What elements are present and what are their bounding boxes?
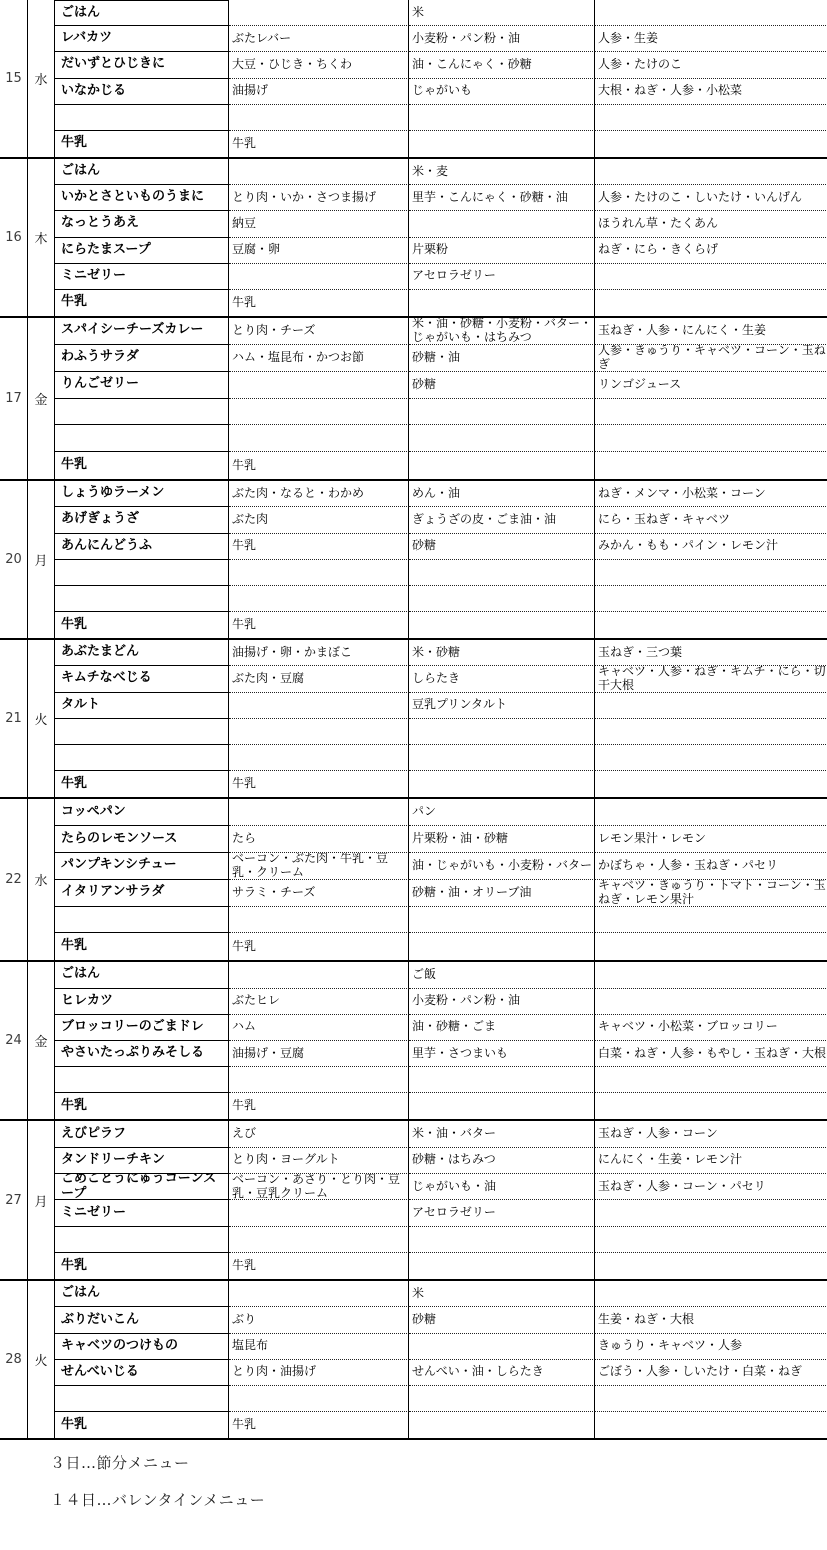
vegetable-ingredients-cell: 玉ねぎ・人参・コーン・パセリ: [595, 1174, 827, 1200]
protein-ingredients-cell: 油揚げ: [229, 79, 409, 105]
protein-ingredients-cell: [229, 1227, 409, 1253]
date-cell: 24: [0, 962, 28, 1119]
protein-ingredients-cell: 牛乳: [229, 1093, 409, 1119]
protein-ingredients-cell: 牛乳: [229, 1412, 409, 1438]
vegetable-ingredients-cell: [595, 105, 827, 131]
protein-ingredients-cell: [229, 399, 409, 426]
dish-name-cell: スパイシーチーズカレー: [55, 318, 229, 345]
vegetable-ingredients-cell: ねぎ・メンマ・小松菜・コーン: [595, 481, 827, 507]
vegetable-ingredients-cell: 人参・きゅうり・キャベツ・コーン・玉ねぎ: [595, 345, 827, 372]
protein-ingredients-cell: とり肉・チーズ: [229, 318, 409, 345]
vegetable-ingredients-cell: 大根・ねぎ・人参・小松菜: [595, 79, 827, 105]
day-block: 28火ごはん米ぶりだいこんぶり砂糖生姜・ねぎ・大根キャベツのつけもの塩昆布きゅう…: [0, 1281, 827, 1440]
protein-ingredients-cell: 塩昆布: [229, 1334, 409, 1360]
energy-ingredients-cell: [409, 586, 595, 612]
menu-row: [55, 1067, 827, 1093]
menu-row: えびピラフえび米・油・バター玉ねぎ・人参・コーン: [55, 1121, 827, 1147]
day-rows: スパイシーチーズカレーとり肉・チーズ米・油・砂糖・小麦粉・バター・じゃがいも・は…: [55, 318, 827, 479]
menu-row: タルト豆乳プリンタルト: [55, 693, 827, 719]
energy-ingredients-cell: 砂糖・油・オリーブ油: [409, 880, 595, 907]
dish-name-cell: あんにんどうふ: [55, 534, 229, 560]
menu-row: [55, 105, 827, 131]
date-cell: 16: [0, 159, 28, 316]
vegetable-ingredients-cell: 玉ねぎ・人参・コーン: [595, 1121, 827, 1147]
dish-name-cell: 牛乳: [55, 933, 229, 960]
menu-row: タンドリーチキンとり肉・ヨーグルト砂糖・はちみつにんにく・生姜・レモン汁: [55, 1148, 827, 1174]
energy-ingredients-cell: じゃがいも: [409, 79, 595, 105]
dish-name-cell: ミニゼリー: [55, 264, 229, 290]
note-setsubun: ３日…節分メニュー: [50, 1453, 827, 1473]
menu-row: いかとさといものうまにとり肉・いか・さつま揚げ里芋・こんにゃく・砂糖・油人参・た…: [55, 185, 827, 211]
energy-ingredients-cell: 豆乳プリンタルト: [409, 693, 595, 719]
protein-ingredients-cell: ぶり: [229, 1307, 409, 1333]
dish-name-cell: ごはん: [55, 0, 229, 26]
protein-ingredients-cell: [229, 560, 409, 586]
day-rows: コッペパンパンたらのレモンソースたら片栗粉・油・砂糖レモン果汁・レモンパンプキン…: [55, 799, 827, 960]
menu-row: スパイシーチーズカレーとり肉・チーズ米・油・砂糖・小麦粉・バター・じゃがいも・は…: [55, 318, 827, 345]
dish-name-cell: [55, 1386, 229, 1412]
vegetable-ingredients-cell: ごぼう・人参・しいたけ・白菜・ねぎ: [595, 1360, 827, 1386]
day-block: 24金ごはんご飯ヒレカツぶたヒレ小麦粉・パン粉・油ブロッコリーのごまドレハム油・…: [0, 962, 827, 1121]
dish-name-cell: いかとさといものうまに: [55, 185, 229, 211]
day-block: 20月しょうゆラーメンぶた肉・なると・わかめめん・油ねぎ・メンマ・小松菜・コーン…: [0, 481, 827, 640]
vegetable-ingredients-cell: [595, 799, 827, 826]
energy-ingredients-cell: 砂糖: [409, 534, 595, 560]
note-valentine: １４日…バレンタインメニュー: [50, 1490, 827, 1510]
protein-ingredients-cell: 油揚げ・豆腐: [229, 1041, 409, 1067]
menu-row: イタリアンサラダサラミ・チーズ砂糖・油・オリーブ油キャベツ・きゅうり・トマト・コ…: [55, 880, 827, 907]
protein-ingredients-cell: [229, 907, 409, 934]
dish-name-cell: 牛乳: [55, 290, 229, 316]
energy-ingredients-cell: めん・油: [409, 481, 595, 507]
day-block: 22水コッペパンパンたらのレモンソースたら片栗粉・油・砂糖レモン果汁・レモンパン…: [0, 799, 827, 962]
day-block: 15水ごはん米レバカツぶたレバー小麦粉・パン粉・油人参・生姜だいずとひじきに大豆…: [0, 0, 827, 159]
menu-row: [55, 399, 827, 426]
energy-ingredients-cell: 油・砂糖・ごま: [409, 1015, 595, 1041]
menu-row: キャベツのつけもの塩昆布きゅうり・キャベツ・人参: [55, 1334, 827, 1360]
vegetable-ingredients-cell: [595, 425, 827, 452]
energy-ingredients-cell: [409, 560, 595, 586]
weekday-cell: 金: [28, 318, 55, 479]
vegetable-ingredients-cell: [595, 1253, 827, 1279]
vegetable-ingredients-cell: キャベツ・きゅうり・トマト・コーン・玉ねぎ・レモン果汁: [595, 880, 827, 907]
protein-ingredients-cell: ハム: [229, 1015, 409, 1041]
date-cell: 21: [0, 640, 28, 797]
energy-ingredients-cell: 米・油・バター: [409, 1121, 595, 1147]
dish-name-cell: [55, 425, 229, 452]
vegetable-ingredients-cell: レモン果汁・レモン: [595, 826, 827, 853]
energy-ingredients-cell: [409, 399, 595, 426]
menu-row: 牛乳牛乳: [55, 1253, 827, 1279]
dish-name-cell: [55, 105, 229, 131]
energy-ingredients-cell: 米・砂糖: [409, 640, 595, 666]
protein-ingredients-cell: [229, 264, 409, 290]
protein-ingredients-cell: [229, 1067, 409, 1093]
menu-row: パンプキンシチューベーコン・ぶた肉・牛乳・豆乳・クリーム油・じゃがいも・小麦粉・…: [55, 853, 827, 880]
dish-name-cell: ブロッコリーのごまドレ: [55, 1015, 229, 1041]
weekday-cell: 金: [28, 962, 55, 1119]
dish-name-cell: [55, 560, 229, 586]
dish-name-cell: いなかじる: [55, 79, 229, 105]
notes-section: ３日…節分メニュー １４日…バレンタインメニュー: [50, 1453, 827, 1510]
menu-row: あんにんどうふ牛乳砂糖みかん・もも・パイン・レモン汁: [55, 534, 827, 560]
day-rows: ごはん米ぶりだいこんぶり砂糖生姜・ねぎ・大根キャベツのつけもの塩昆布きゅうり・キ…: [55, 1281, 827, 1438]
protein-ingredients-cell: [229, 1386, 409, 1412]
energy-ingredients-cell: 小麦粉・パン粉・油: [409, 989, 595, 1015]
menu-row: 牛乳牛乳: [55, 1412, 827, 1438]
energy-ingredients-cell: [409, 1093, 595, 1119]
dish-name-cell: キャベツのつけもの: [55, 1334, 229, 1360]
energy-ingredients-cell: [409, 1067, 595, 1093]
dish-name-cell: わふうサラダ: [55, 345, 229, 372]
energy-ingredients-cell: [409, 105, 595, 131]
menu-row: だいずとひじきに大豆・ひじき・ちくわ油・こんにゃく・砂糖人参・たけのこ: [55, 52, 827, 78]
protein-ingredients-cell: [229, 693, 409, 719]
protein-ingredients-cell: たら: [229, 826, 409, 853]
dish-name-cell: [55, 745, 229, 771]
protein-ingredients-cell: とり肉・油揚げ: [229, 1360, 409, 1386]
menu-row: [55, 425, 827, 452]
menu-row: いなかじる油揚げじゃがいも大根・ねぎ・人参・小松菜: [55, 79, 827, 105]
protein-ingredients-cell: 牛乳: [229, 452, 409, 479]
menu-row: ごはん米: [55, 1281, 827, 1307]
vegetable-ingredients-cell: [595, 290, 827, 316]
protein-ingredients-cell: 牛乳: [229, 131, 409, 157]
energy-ingredients-cell: 米・油・砂糖・小麦粉・バター・じゃがいも・はちみつ: [409, 318, 595, 345]
protein-ingredients-cell: 納豆: [229, 211, 409, 237]
date-cell: 17: [0, 318, 28, 479]
dish-name-cell: りんごゼリー: [55, 372, 229, 399]
vegetable-ingredients-cell: リンゴジュース: [595, 372, 827, 399]
dish-name-cell: 牛乳: [55, 1253, 229, 1279]
dish-name-cell: ミニゼリー: [55, 1200, 229, 1226]
energy-ingredients-cell: [409, 933, 595, 960]
menu-row: ごはんご飯: [55, 962, 827, 988]
protein-ingredients-cell: 牛乳: [229, 612, 409, 638]
menu-row: ぶりだいこんぶり砂糖生姜・ねぎ・大根: [55, 1307, 827, 1333]
protein-ingredients-cell: ぶたヒレ: [229, 989, 409, 1015]
menu-row: 牛乳牛乳: [55, 452, 827, 479]
day-block: 27月えびピラフえび米・油・バター玉ねぎ・人参・コーンタンドリーチキンとり肉・ヨ…: [0, 1121, 827, 1281]
dish-name-cell: やさいたっぷりみそしる: [55, 1041, 229, 1067]
dish-name-cell: なっとうあえ: [55, 211, 229, 237]
protein-ingredients-cell: [229, 105, 409, 131]
date-cell: 27: [0, 1121, 28, 1279]
dish-name-cell: だいずとひじきに: [55, 52, 229, 78]
energy-ingredients-cell: 米: [409, 0, 595, 26]
dish-name-cell: パンプキンシチュー: [55, 853, 229, 880]
menu-row: なっとうあえ納豆ほうれん草・たくあん: [55, 211, 827, 237]
dish-name-cell: ごはん: [55, 159, 229, 185]
protein-ingredients-cell: ぶたレバー: [229, 26, 409, 52]
menu-row: [55, 907, 827, 934]
vegetable-ingredients-cell: きゅうり・キャベツ・人参: [595, 1334, 827, 1360]
vegetable-ingredients-cell: [595, 693, 827, 719]
energy-ingredients-cell: 砂糖・はちみつ: [409, 1148, 595, 1174]
date-cell: 20: [0, 481, 28, 638]
protein-ingredients-cell: [229, 159, 409, 185]
dish-name-cell: 牛乳: [55, 612, 229, 638]
menu-row: ごはん米: [55, 0, 827, 26]
day-rows: しょうゆラーメンぶた肉・なると・わかめめん・油ねぎ・メンマ・小松菜・コーンあげぎ…: [55, 481, 827, 638]
day-rows: ごはん米レバカツぶたレバー小麦粉・パン粉・油人参・生姜だいずとひじきに大豆・ひじ…: [55, 0, 827, 157]
protein-ingredients-cell: サラミ・チーズ: [229, 880, 409, 907]
menu-row: 牛乳牛乳: [55, 771, 827, 797]
weekday-cell: 火: [28, 1281, 55, 1438]
energy-ingredients-cell: 里芋・さつまいも: [409, 1041, 595, 1067]
date-cell: 15: [0, 0, 28, 157]
protein-ingredients-cell: [229, 799, 409, 826]
weekday-cell: 木: [28, 159, 55, 316]
menu-row: あぶたまどん油揚げ・卵・かまぼこ米・砂糖玉ねぎ・三つ葉: [55, 640, 827, 666]
menu-row: 牛乳牛乳: [55, 290, 827, 316]
menu-row: こめことうにゅうコーンスープベーコン・あさり・とり肉・豆乳・豆乳クリームじゃがい…: [55, 1174, 827, 1200]
protein-ingredients-cell: ぶた肉・なると・わかめ: [229, 481, 409, 507]
vegetable-ingredients-cell: [595, 1200, 827, 1226]
dish-name-cell: ヒレカツ: [55, 989, 229, 1015]
dish-name-cell: こめことうにゅうコーンスープ: [55, 1174, 229, 1200]
vegetable-ingredients-cell: [595, 719, 827, 745]
protein-ingredients-cell: ハム・塩昆布・かつお節: [229, 345, 409, 372]
day-rows: ごはんご飯ヒレカツぶたヒレ小麦粉・パン粉・油ブロッコリーのごまドレハム油・砂糖・…: [55, 962, 827, 1119]
dish-name-cell: タルト: [55, 693, 229, 719]
dish-name-cell: ごはん: [55, 1281, 229, 1307]
protein-ingredients-cell: [229, 0, 409, 26]
vegetable-ingredients-cell: ねぎ・にら・きくらげ: [595, 238, 827, 264]
vegetable-ingredients-cell: [595, 131, 827, 157]
energy-ingredients-cell: パン: [409, 799, 595, 826]
menu-row: ミニゼリーアセロラゼリー: [55, 1200, 827, 1226]
energy-ingredients-cell: [409, 612, 595, 638]
dish-name-cell: [55, 399, 229, 426]
protein-ingredients-cell: とり肉・いか・さつま揚げ: [229, 185, 409, 211]
energy-ingredients-cell: [409, 452, 595, 479]
energy-ingredients-cell: 片栗粉・油・砂糖: [409, 826, 595, 853]
menu-row: [55, 586, 827, 612]
vegetable-ingredients-cell: [595, 159, 827, 185]
energy-ingredients-cell: [409, 131, 595, 157]
protein-ingredients-cell: 牛乳: [229, 534, 409, 560]
menu-row: ごはん米・麦: [55, 159, 827, 185]
protein-ingredients-cell: えび: [229, 1121, 409, 1147]
menu-row: [55, 560, 827, 586]
dish-name-cell: コッペパン: [55, 799, 229, 826]
weekday-cell: 火: [28, 640, 55, 797]
energy-ingredients-cell: 砂糖: [409, 372, 595, 399]
dish-name-cell: [55, 719, 229, 745]
menu-row: キムチなべじるぶた肉・豆腐しらたきキャベツ・人参・ねぎ・キムチ・にら・切干大根: [55, 666, 827, 692]
menu-row: たらのレモンソースたら片栗粉・油・砂糖レモン果汁・レモン: [55, 826, 827, 853]
vegetable-ingredients-cell: [595, 560, 827, 586]
vegetable-ingredients-cell: [595, 907, 827, 934]
menu-row: わふうサラダハム・塩昆布・かつお節砂糖・油人参・きゅうり・キャベツ・コーン・玉ね…: [55, 345, 827, 372]
energy-ingredients-cell: [409, 907, 595, 934]
vegetable-ingredients-cell: [595, 1386, 827, 1412]
vegetable-ingredients-cell: [595, 962, 827, 988]
dish-name-cell: 牛乳: [55, 131, 229, 157]
menu-row: やさいたっぷりみそしる油揚げ・豆腐里芋・さつまいも白菜・ねぎ・人参・もやし・玉ね…: [55, 1041, 827, 1067]
energy-ingredients-cell: [409, 1334, 595, 1360]
energy-ingredients-cell: せんべい・油・しらたき: [409, 1360, 595, 1386]
menu-row: あげぎょうざぶた肉ぎょうざの皮・ごま油・油にら・玉ねぎ・キャベツ: [55, 507, 827, 533]
protein-ingredients-cell: ベーコン・ぶた肉・牛乳・豆乳・クリーム: [229, 853, 409, 880]
menu-row: りんごゼリー砂糖リンゴジュース: [55, 372, 827, 399]
dish-name-cell: にらたまスープ: [55, 238, 229, 264]
energy-ingredients-cell: [409, 1227, 595, 1253]
vegetable-ingredients-cell: キャベツ・小松菜・ブロッコリー: [595, 1015, 827, 1041]
energy-ingredients-cell: 里芋・こんにゃく・砂糖・油: [409, 185, 595, 211]
menu-row: レバカツぶたレバー小麦粉・パン粉・油人参・生姜: [55, 26, 827, 52]
dish-name-cell: イタリアンサラダ: [55, 880, 229, 907]
vegetable-ingredients-cell: [595, 989, 827, 1015]
energy-ingredients-cell: [409, 211, 595, 237]
school-lunch-menu-page: 15水ごはん米レバカツぶたレバー小麦粉・パン粉・油人参・生姜だいずとひじきに大豆…: [0, 0, 827, 1550]
menu-row: にらたまスープ豆腐・卵片栗粉ねぎ・にら・きくらげ: [55, 238, 827, 264]
vegetable-ingredients-cell: [595, 1281, 827, 1307]
energy-ingredients-cell: 米・麦: [409, 159, 595, 185]
protein-ingredients-cell: [229, 586, 409, 612]
vegetable-ingredients-cell: [595, 1093, 827, 1119]
vegetable-ingredients-cell: にら・玉ねぎ・キャベツ: [595, 507, 827, 533]
dish-name-cell: 牛乳: [55, 771, 229, 797]
day-block: 21火あぶたまどん油揚げ・卵・かまぼこ米・砂糖玉ねぎ・三つ葉キムチなべじるぶた肉…: [0, 640, 827, 799]
dish-name-cell: [55, 586, 229, 612]
weekday-cell: 月: [28, 481, 55, 638]
energy-ingredients-cell: 片栗粉: [409, 238, 595, 264]
weekday-cell: 水: [28, 799, 55, 960]
dish-name-cell: ぶりだいこん: [55, 1307, 229, 1333]
dish-name-cell: 牛乳: [55, 1093, 229, 1119]
dish-name-cell: タンドリーチキン: [55, 1148, 229, 1174]
menu-row: しょうゆラーメンぶた肉・なると・わかめめん・油ねぎ・メンマ・小松菜・コーン: [55, 481, 827, 507]
menu-row: せんべいじるとり肉・油揚げせんべい・油・しらたきごぼう・人参・しいたけ・白菜・ね…: [55, 1360, 827, 1386]
protein-ingredients-cell: 油揚げ・卵・かまぼこ: [229, 640, 409, 666]
energy-ingredients-cell: 油・こんにゃく・砂糖: [409, 52, 595, 78]
vegetable-ingredients-cell: [595, 264, 827, 290]
menu-row: [55, 719, 827, 745]
menu-row: 牛乳牛乳: [55, 612, 827, 638]
energy-ingredients-cell: アセロラゼリー: [409, 264, 595, 290]
protein-ingredients-cell: [229, 1200, 409, 1226]
date-cell: 28: [0, 1281, 28, 1438]
vegetable-ingredients-cell: [595, 745, 827, 771]
protein-ingredients-cell: [229, 745, 409, 771]
vegetable-ingredients-cell: 人参・たけのこ: [595, 52, 827, 78]
vegetable-ingredients-cell: [595, 1227, 827, 1253]
dish-name-cell: あげぎょうざ: [55, 507, 229, 533]
dish-name-cell: えびピラフ: [55, 1121, 229, 1147]
vegetable-ingredients-cell: 玉ねぎ・三つ葉: [595, 640, 827, 666]
vegetable-ingredients-cell: [595, 399, 827, 426]
energy-ingredients-cell: 油・じゃがいも・小麦粉・バター: [409, 853, 595, 880]
protein-ingredients-cell: とり肉・ヨーグルト: [229, 1148, 409, 1174]
vegetable-ingredients-cell: [595, 0, 827, 26]
energy-ingredients-cell: アセロラゼリー: [409, 1200, 595, 1226]
menu-row: 牛乳牛乳: [55, 1093, 827, 1119]
menu-row: ミニゼリーアセロラゼリー: [55, 264, 827, 290]
energy-ingredients-cell: しらたき: [409, 666, 595, 692]
dish-name-cell: キムチなべじる: [55, 666, 229, 692]
dish-name-cell: あぶたまどん: [55, 640, 229, 666]
dish-name-cell: しょうゆラーメン: [55, 481, 229, 507]
day-rows: ごはん米・麦いかとさといものうまにとり肉・いか・さつま揚げ里芋・こんにゃく・砂糖…: [55, 159, 827, 316]
protein-ingredients-cell: ベーコン・あさり・とり肉・豆乳・豆乳クリーム: [229, 1174, 409, 1200]
menu-row: コッペパンパン: [55, 799, 827, 826]
weekday-cell: 水: [28, 0, 55, 157]
energy-ingredients-cell: [409, 425, 595, 452]
menu-table: 15水ごはん米レバカツぶたレバー小麦粉・パン粉・油人参・生姜だいずとひじきに大豆…: [0, 0, 827, 1440]
protein-ingredients-cell: ぶた肉・豆腐: [229, 666, 409, 692]
protein-ingredients-cell: [229, 372, 409, 399]
protein-ingredients-cell: ぶた肉: [229, 507, 409, 533]
day-block: 16木ごはん米・麦いかとさといものうまにとり肉・いか・さつま揚げ里芋・こんにゃく…: [0, 159, 827, 318]
dish-name-cell: [55, 907, 229, 934]
day-block: 17金スパイシーチーズカレーとり肉・チーズ米・油・砂糖・小麦粉・バター・じゃがい…: [0, 318, 827, 481]
day-rows: あぶたまどん油揚げ・卵・かまぼこ米・砂糖玉ねぎ・三つ葉キムチなべじるぶた肉・豆腐…: [55, 640, 827, 797]
menu-row: ヒレカツぶたヒレ小麦粉・パン粉・油: [55, 989, 827, 1015]
energy-ingredients-cell: [409, 771, 595, 797]
protein-ingredients-cell: [229, 425, 409, 452]
energy-ingredients-cell: [409, 719, 595, 745]
vegetable-ingredients-cell: [595, 612, 827, 638]
dish-name-cell: レバカツ: [55, 26, 229, 52]
protein-ingredients-cell: 牛乳: [229, 933, 409, 960]
protein-ingredients-cell: 大豆・ひじき・ちくわ: [229, 52, 409, 78]
energy-ingredients-cell: ぎょうざの皮・ごま油・油: [409, 507, 595, 533]
menu-row: 牛乳牛乳: [55, 131, 827, 157]
dish-name-cell: [55, 1067, 229, 1093]
dish-name-cell: 牛乳: [55, 452, 229, 479]
protein-ingredients-cell: [229, 719, 409, 745]
vegetable-ingredients-cell: かぼちゃ・人参・玉ねぎ・パセリ: [595, 853, 827, 880]
energy-ingredients-cell: 砂糖: [409, 1307, 595, 1333]
vegetable-ingredients-cell: 人参・生姜: [595, 26, 827, 52]
protein-ingredients-cell: 牛乳: [229, 771, 409, 797]
vegetable-ingredients-cell: [595, 933, 827, 960]
vegetable-ingredients-cell: キャベツ・人参・ねぎ・キムチ・にら・切干大根: [595, 666, 827, 692]
energy-ingredients-cell: 米: [409, 1281, 595, 1307]
energy-ingredients-cell: [409, 745, 595, 771]
energy-ingredients-cell: [409, 1253, 595, 1279]
day-rows: えびピラフえび米・油・バター玉ねぎ・人参・コーンタンドリーチキンとり肉・ヨーグル…: [55, 1121, 827, 1279]
menu-row: 牛乳牛乳: [55, 933, 827, 960]
vegetable-ingredients-cell: [595, 586, 827, 612]
vegetable-ingredients-cell: 人参・たけのこ・しいたけ・いんげん: [595, 185, 827, 211]
menu-row: [55, 1227, 827, 1253]
dish-name-cell: せんべいじる: [55, 1360, 229, 1386]
energy-ingredients-cell: ご飯: [409, 962, 595, 988]
energy-ingredients-cell: [409, 1386, 595, 1412]
menu-row: ブロッコリーのごまドレハム油・砂糖・ごまキャベツ・小松菜・ブロッコリー: [55, 1015, 827, 1041]
energy-ingredients-cell: じゃがいも・油: [409, 1174, 595, 1200]
protein-ingredients-cell: [229, 962, 409, 988]
protein-ingredients-cell: 牛乳: [229, 290, 409, 316]
protein-ingredients-cell: 豆腐・卵: [229, 238, 409, 264]
energy-ingredients-cell: 砂糖・油: [409, 345, 595, 372]
dish-name-cell: たらのレモンソース: [55, 826, 229, 853]
menu-row: [55, 1386, 827, 1412]
vegetable-ingredients-cell: [595, 1412, 827, 1438]
vegetable-ingredients-cell: ほうれん草・たくあん: [595, 211, 827, 237]
vegetable-ingredients-cell: 生姜・ねぎ・大根: [595, 1307, 827, 1333]
vegetable-ingredients-cell: [595, 1067, 827, 1093]
date-cell: 22: [0, 799, 28, 960]
dish-name-cell: [55, 1227, 229, 1253]
energy-ingredients-cell: [409, 1412, 595, 1438]
dish-name-cell: 牛乳: [55, 1412, 229, 1438]
energy-ingredients-cell: [409, 290, 595, 316]
protein-ingredients-cell: [229, 1281, 409, 1307]
